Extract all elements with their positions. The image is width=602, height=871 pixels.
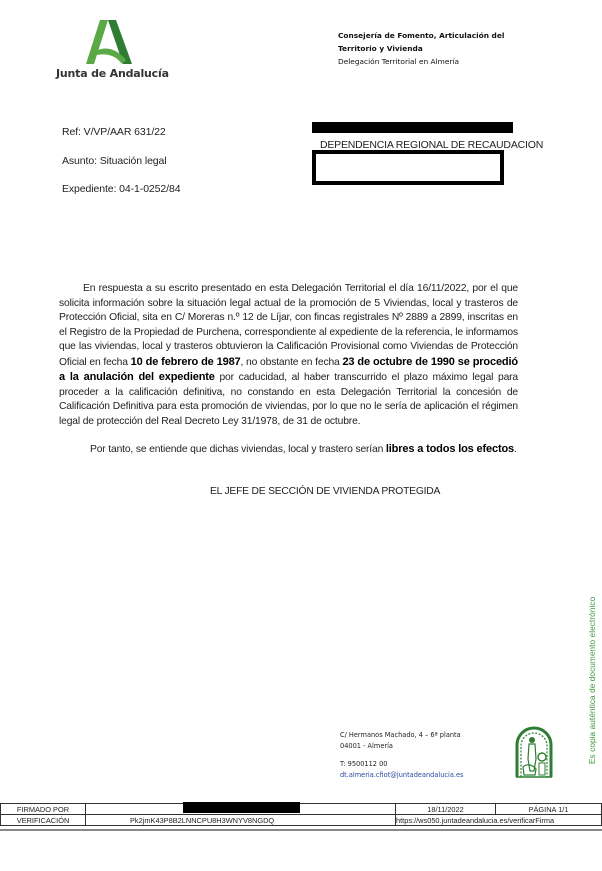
junta-andalucia-a-logo-icon [86,20,134,66]
signed-by-label: FIRMADO POR [1,804,86,815]
address-line1: C/ Hermanos Machado, 4 – 6ª planta [340,730,464,741]
department-header: Consejería de Fomento, Articulación del … [338,29,504,68]
department-line1: Consejería de Fomento, Articulación del [338,29,504,42]
conclusion-end: . [514,444,517,455]
provisional-date: 10 de febrero de 1987 [131,356,241,368]
verification-code: Pk2jmK43P8B2LNNCPU8H3WNYV8NGDQ [86,815,396,826]
signed-by-row: FIRMADO POR 18/11/2022 PÁGINA 1/1 [1,804,602,815]
verification-row: VERIFICACIÓN Pk2jmK43P8B2LNNCPU8H3WNYV8N… [1,815,602,826]
address-line2: 04001 - Almería [340,741,464,752]
table-divider [0,829,602,831]
signature-table: FIRMADO POR 18/11/2022 PÁGINA 1/1 VERIFI… [0,803,602,826]
signed-by-value [86,804,396,815]
email-link[interactable]: dt.almeria.cfiot@juntadeandalucia.es [340,770,464,781]
footer-address: C/ Hermanos Machado, 4 – 6ª planta 04001… [340,730,464,781]
body-text-part: , no obstante en fecha [241,357,343,368]
department-line2: Territorio y Vivienda [338,42,504,55]
reference: Ref: V/VP/AAR 631/22 [62,126,166,138]
delegation-name: Delegación Territorial en Almería [338,55,504,68]
conclusion-bold: libres a todos los efectos [386,443,514,455]
conclusion-text: Por tanto, se entiende que dichas vivien… [90,444,386,455]
signature-date: 18/11/2022 [396,804,496,815]
file-number: Expediente: 04-1-0252/84 [62,183,180,195]
conclusion-paragraph: Por tanto, se entiende que dichas vivien… [90,443,517,455]
page-number: PÁGINA 1/1 [496,804,602,815]
verification-url[interactable]: https://ws050.juntadeandalucia.es/verifi… [396,815,602,826]
signer-title: EL JEFE DE SECCIÓN DE VIVIENDA PROTEGIDA [210,486,440,497]
verification-label: VERIFICACIÓN [1,815,86,826]
logo-text: Junta de Andalucía [56,67,169,80]
andalucia-coat-of-arms-icon [514,723,554,784]
recipient-address-redaction [312,150,504,185]
authentic-copy-stamp: Es copia auténtica de documento electrón… [588,597,597,764]
body-paragraph: En respuesta a su escrito presentado en … [59,282,518,429]
phone: T: 9500112 00 [340,759,464,770]
recipient-name-redaction [312,122,513,133]
subject: Asunto: Situación legal [62,155,167,167]
signer-name-redaction [183,802,300,813]
